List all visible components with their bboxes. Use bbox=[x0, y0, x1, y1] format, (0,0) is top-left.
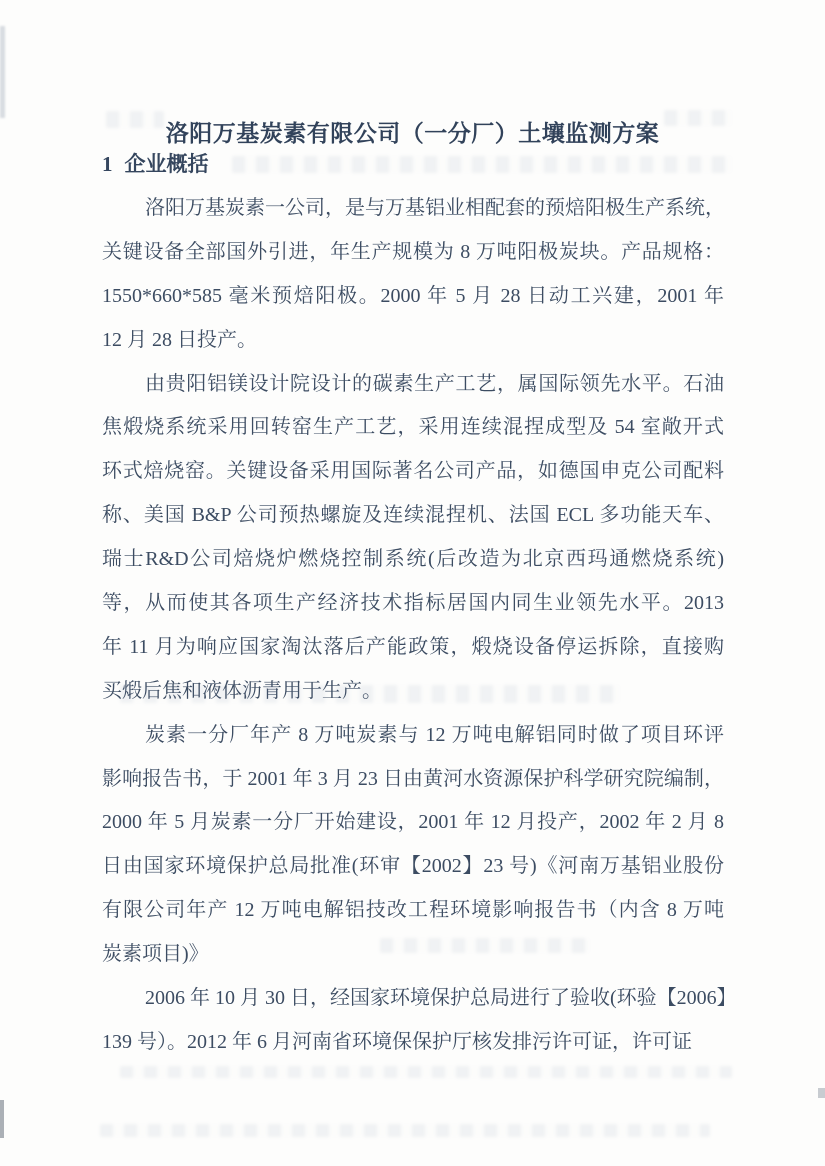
scanned-document-page: 洛阳万基炭素有限公司（一分厂）土壤监测方案 1企业概括 洛阳万基炭素一公司，是与… bbox=[0, 0, 825, 1166]
scan-artifact bbox=[0, 1100, 4, 1138]
section-heading-label: 企业概括 bbox=[125, 152, 209, 176]
text-line: 环式焙烧窑。关键设备采用国际著名公司产品，如德国申克公司配料 bbox=[102, 450, 724, 494]
bleed-through-artifact bbox=[100, 1124, 710, 1137]
document-body: 洛阳万基炭素一公司，是与万基铝业相配套的预焙阳极生产系统，关键设备全部国外引进，… bbox=[102, 187, 724, 1065]
text-line: 影响报告书，于 2001 年 3 月 23 日由黄河水资源保护科学研究院编制， bbox=[102, 758, 724, 802]
text-line: 炭素一分厂年产 8 万吨炭素与 12 万吨电解铝同时做了项目环评 bbox=[102, 714, 724, 758]
section-number: 1 bbox=[102, 152, 113, 176]
document-title: 洛阳万基炭素有限公司（一分厂）土壤监测方案 bbox=[0, 119, 825, 149]
text-line: 年 11 月为响应国家淘汰落后产能政策，煅烧设备停运拆除，直接购 bbox=[102, 626, 724, 670]
text-line: 称、美国 B&P 公司预热螺旋及连续混捏机、法国 ECL 多功能天车、 bbox=[102, 494, 724, 538]
text-line: 关键设备全部国外引进，年生产规模为 8 万吨阳极炭块。产品规格： bbox=[102, 231, 724, 275]
text-line: 日由国家环境保护总局批准(环审【2002】23 号)《河南万基铝业股份 bbox=[102, 845, 724, 889]
text-line: 瑞士R&D公司焙烧炉燃烧控制系统(后改造为北京西玛通燃烧系统) bbox=[102, 538, 724, 582]
text-line: 洛阳万基炭素一公司，是与万基铝业相配套的预焙阳极生产系统， bbox=[102, 187, 724, 231]
scan-artifact bbox=[0, 26, 5, 118]
bleed-through-artifact bbox=[232, 156, 732, 173]
scan-artifact bbox=[818, 1088, 825, 1098]
text-line: 2000 年 5 月炭素一分厂开始建设，2001 年 12 月投产，2002 年… bbox=[102, 801, 724, 845]
text-line: 有限公司年产 12 万吨电解铝技改工程环境影响报告书（内含 8 万吨 bbox=[102, 889, 724, 933]
text-line: 炭素项目)》 bbox=[102, 933, 724, 977]
section-heading: 1企业概括 bbox=[102, 150, 209, 178]
text-line: 1550*660*585 毫米预焙阳极。2000 年 5 月 28 日动工兴建，… bbox=[102, 275, 724, 319]
text-line: 2006 年 10 月 30 日，经国家环境保护总局进行了验收(环验【2006】 bbox=[102, 977, 724, 1021]
bleed-through-artifact bbox=[120, 1066, 732, 1078]
text-line: 12 月 28 日投产。 bbox=[102, 319, 724, 363]
text-line: 焦煅烧系统采用回转窑生产工艺，采用连续混捏成型及 54 室敞开式 bbox=[102, 406, 724, 450]
text-line: 139 号）。2012 年 6 月河南省环境保保护厅核发排污许可证，许可证 bbox=[102, 1021, 724, 1065]
text-line: 等，从而使其各项生产经济技术指标居国内同生业领先水平。2013 bbox=[102, 582, 724, 626]
text-line: 买煅后焦和液体沥青用于生产。 bbox=[102, 670, 724, 714]
text-line: 由贵阳铝镁设计院设计的碳素生产工艺，属国际领先水平。石油 bbox=[102, 363, 724, 407]
